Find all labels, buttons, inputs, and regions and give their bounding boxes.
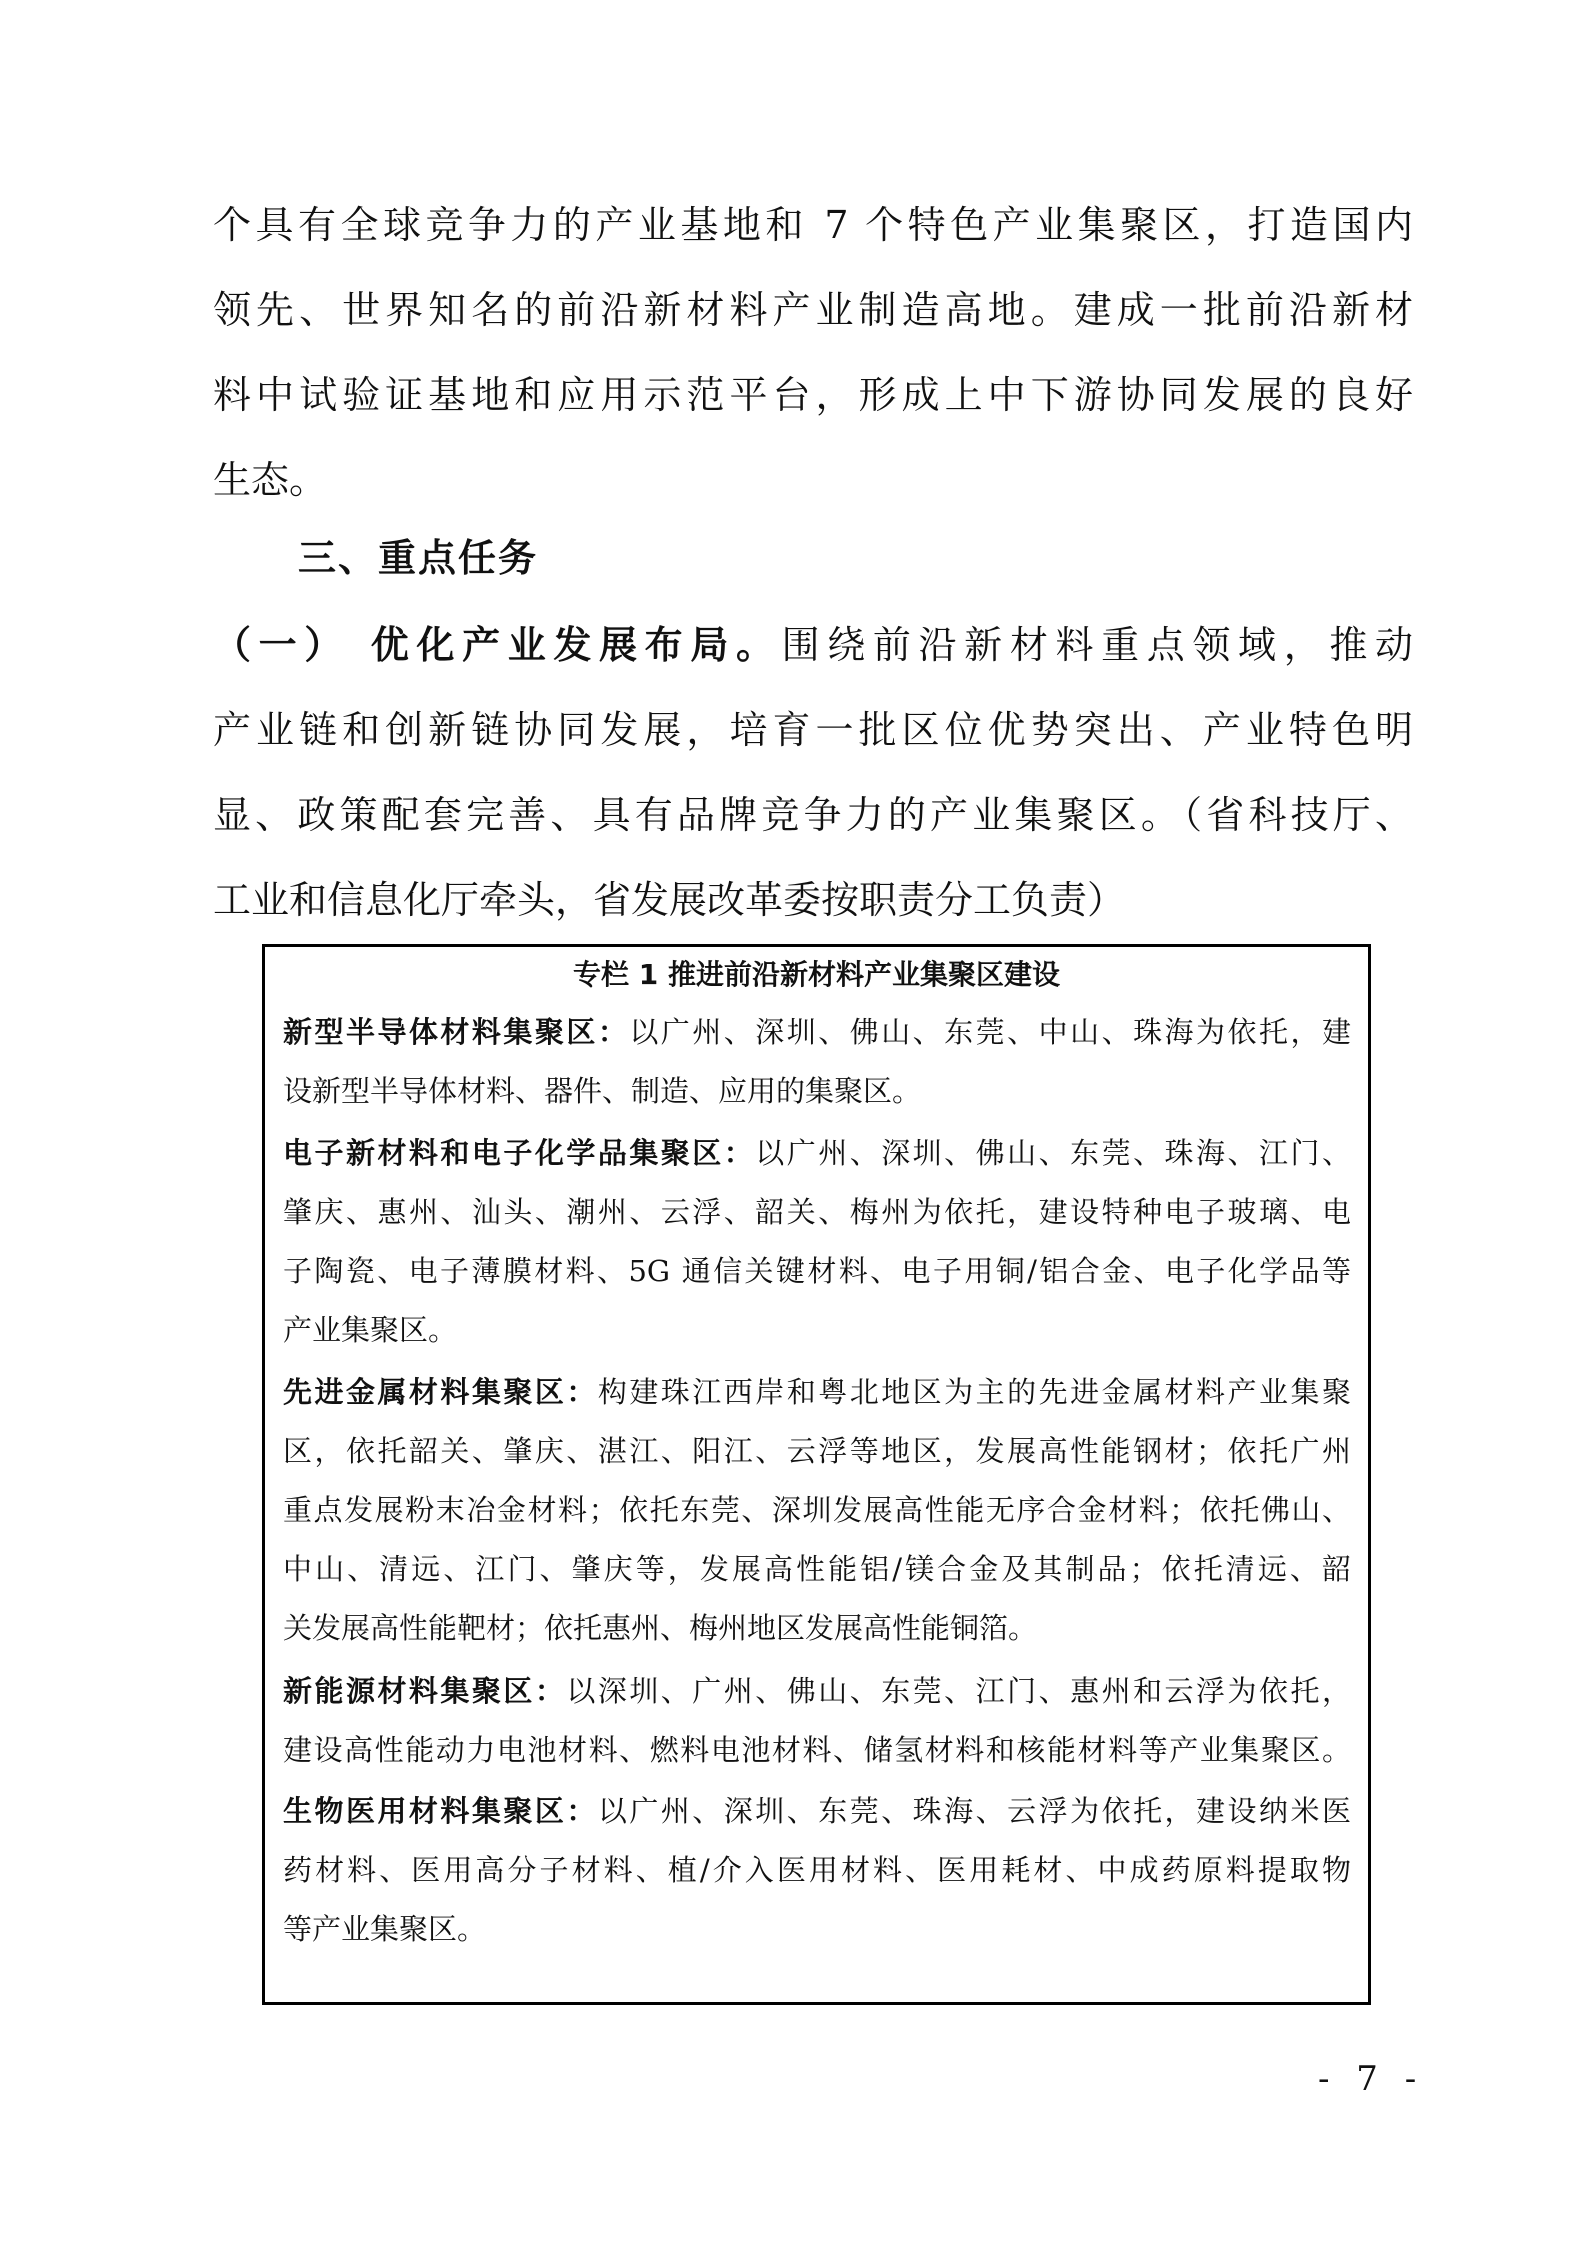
document-page: 个具有全球竞争力的产业基地和 7 个特色产业集聚区，打造国内 领先、世界知名的前… [0, 0, 1587, 2245]
cluster-name: 生物医用材料集聚区： [283, 1794, 598, 1828]
section-heading: 三、重点任务 [298, 530, 538, 586]
column-box: 专栏 1 推进前沿新材料产业集聚区建设 新型半导体材料集聚区：以广州、深圳、佛山… [262, 944, 1371, 2005]
cluster-line: 建设高性能动力电池材料、燃料电池材料、储氢材料和核能材料等产业集聚区。 [283, 1728, 1351, 1772]
cluster-text: 以广州、深圳、佛山、东莞、珠海、江门、 [755, 1136, 1351, 1170]
cluster-line: 等产业集聚区。 [283, 1907, 1351, 1951]
page-number: - 7 - [1318, 2057, 1424, 2101]
cluster-line: 肇庆、惠州、汕头、潮州、云浮、韶关、梅州为依托，建设特种电子玻璃、电 [283, 1190, 1351, 1234]
cluster-line: 设新型半导体材料、器件、制造、应用的集聚区。 [283, 1069, 1351, 1113]
cluster-name: 新能源材料集聚区： [283, 1674, 566, 1708]
task-line-1: （一） 优化产业发展布局。围绕前沿新材料重点领域，推动 [213, 620, 1413, 670]
body-line: 个具有全球竞争力的产业基地和 7 个特色产业集聚区，打造国内 [213, 200, 1413, 250]
cluster-line: 中山、清远、江门、肇庆等，发展高性能铝/镁合金及其制品；依托清远、韶 [283, 1547, 1351, 1591]
task-line: 产业链和创新链协同发展，培育一批区位优势突出、产业特色明 [213, 705, 1413, 755]
cluster-line: 关发展高性能靶材；依托惠州、梅州地区发展高性能铜箔。 [283, 1606, 1351, 1650]
cluster-line: 新型半导体材料集聚区：以广州、深圳、佛山、东莞、中山、珠海为依托，建 [283, 1010, 1351, 1054]
body-line: 料中试验证基地和应用示范平台，形成上中下游协同发展的良好 [213, 370, 1413, 420]
cluster-line: 重点发展粉末冶金材料；依托东莞、深圳发展高性能无序合金材料；依托佛山、 [283, 1488, 1351, 1532]
cluster-line: 区，依托韶关、肇庆、湛江、阳江、云浮等地区，发展高性能钢材；依托广州 [283, 1429, 1351, 1473]
cluster-line: 新能源材料集聚区：以深圳、广州、佛山、东莞、江门、惠州和云浮为依托， [283, 1669, 1351, 1713]
task-line: 显、政策配套完善、具有品牌竞争力的产业集聚区。（省科技厅、 [213, 790, 1413, 840]
body-line: 生态。 [213, 455, 1413, 505]
cluster-line: 电子新材料和电子化学品集聚区：以广州、深圳、佛山、东莞、珠海、江门、 [283, 1131, 1351, 1175]
column-box-title: 专栏 1 推进前沿新材料产业集聚区建设 [265, 955, 1368, 995]
task-text: 围绕前沿新材料重点领域，推动 [782, 623, 1413, 667]
cluster-line: 产业集聚区。 [283, 1308, 1351, 1352]
cluster-line: 子陶瓷、电子薄膜材料、5G 通信关键材料、电子用铜/铝合金、电子化学品等 [283, 1249, 1351, 1293]
cluster-text: 构建珠江西岸和粤北地区为主的先进金属材料产业集聚 [598, 1375, 1351, 1409]
cluster-text: 以广州、深圳、东莞、珠海、云浮为依托，建设纳米医 [598, 1794, 1351, 1828]
cluster-name: 新型半导体材料集聚区： [283, 1015, 629, 1049]
cluster-line: 生物医用材料集聚区：以广州、深圳、东莞、珠海、云浮为依托，建设纳米医 [283, 1789, 1351, 1833]
body-line: 领先、世界知名的前沿新材料产业制造高地。建成一批前沿新材 [213, 285, 1413, 335]
cluster-name: 先进金属材料集聚区： [283, 1375, 598, 1409]
cluster-text: 以深圳、广州、佛山、东莞、江门、惠州和云浮为依托， [566, 1674, 1351, 1708]
cluster-line: 先进金属材料集聚区：构建珠江西岸和粤北地区为主的先进金属材料产业集聚 [283, 1370, 1351, 1414]
cluster-text: 以广州、深圳、佛山、东莞、中山、珠海为依托，建 [629, 1015, 1351, 1049]
cluster-name: 电子新材料和电子化学品集聚区： [283, 1136, 755, 1170]
task-bold-lead: （一） 优化产业发展布局。 [213, 623, 782, 667]
task-line: 工业和信息化厅牵头，省发展改革委按职责分工负责） [213, 875, 1413, 925]
cluster-line: 药材料、医用高分子材料、植/介入医用材料、医用耗材、中成药原料提取物 [283, 1848, 1351, 1892]
